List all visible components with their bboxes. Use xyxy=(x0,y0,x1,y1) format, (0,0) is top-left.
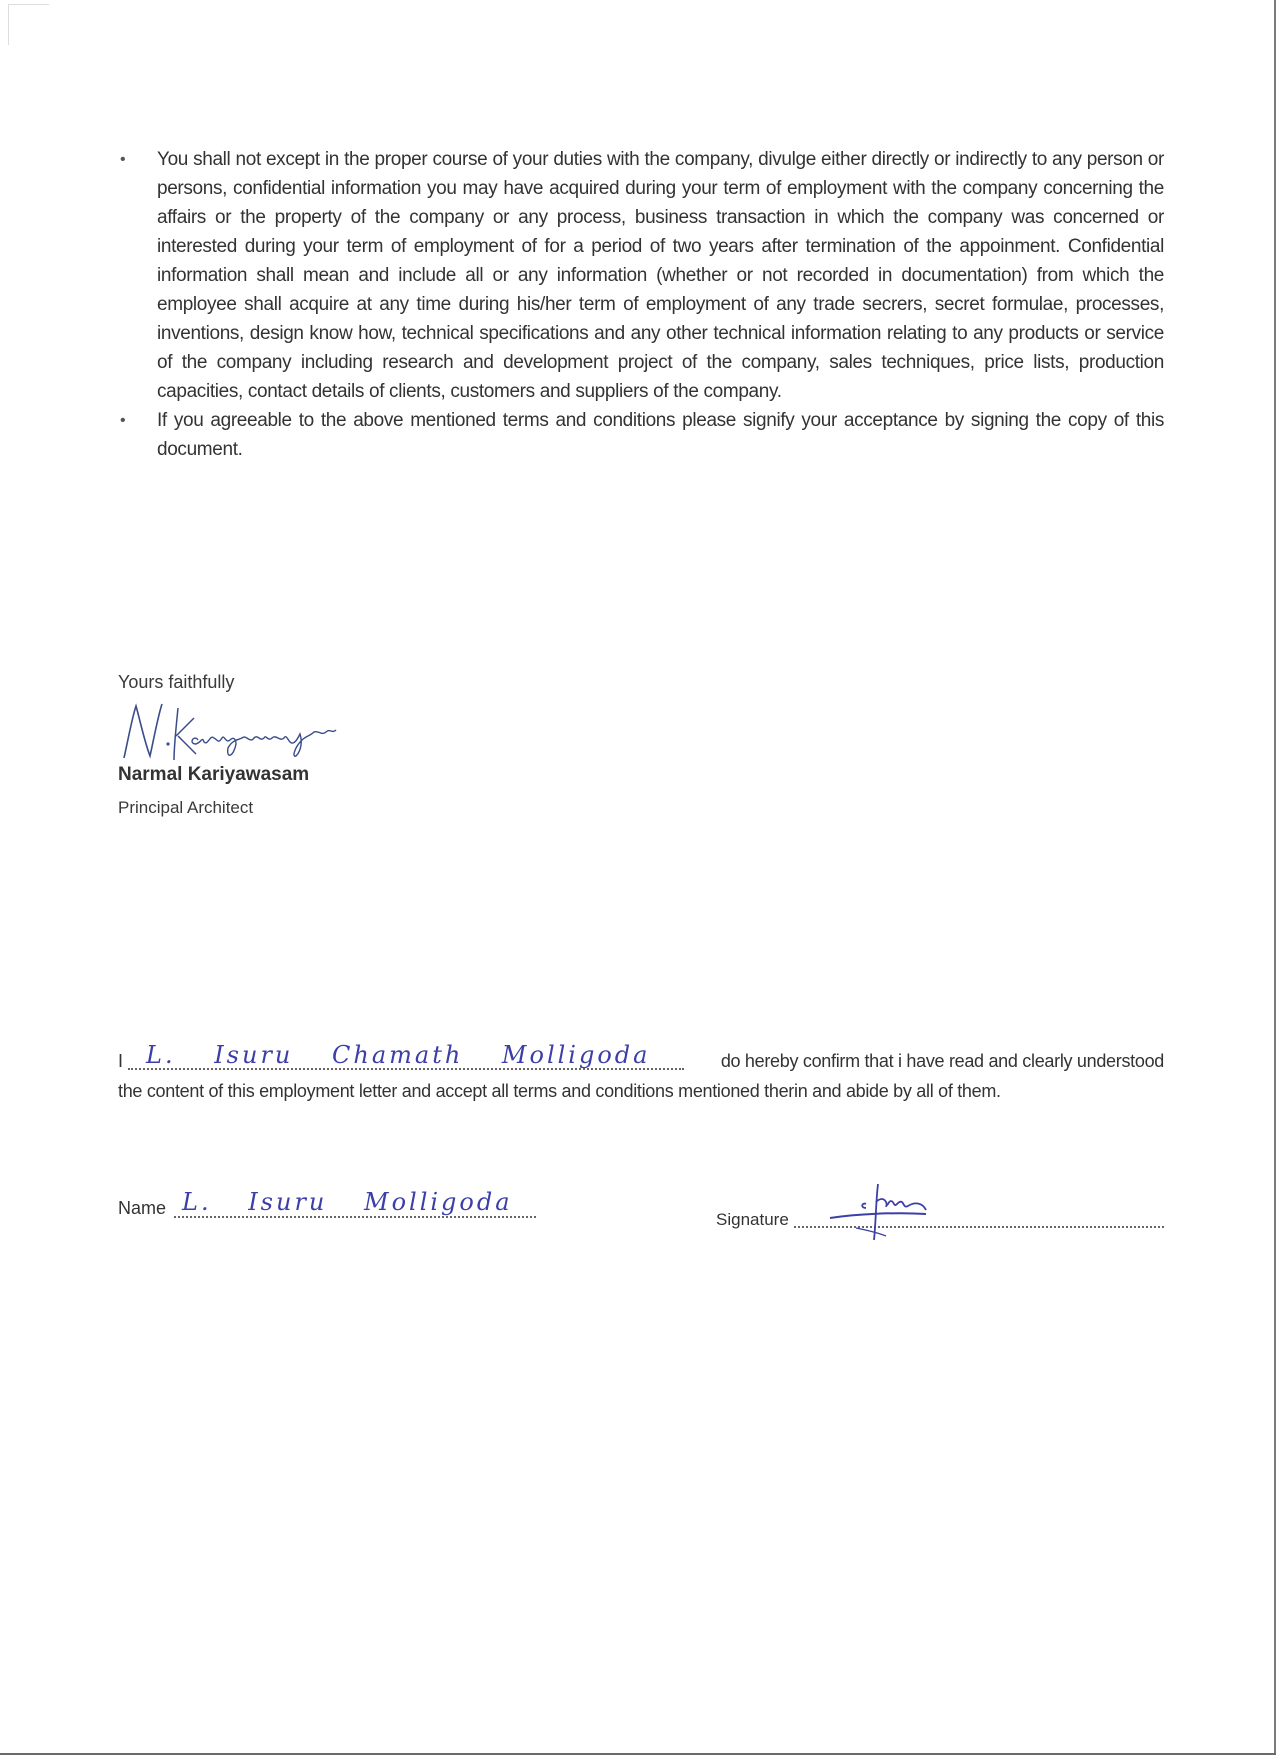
confirmation-statement: I L. Isuru Chamath Molligoda do hereby c… xyxy=(118,1046,1164,1106)
confirmation-line-2: the content of this employment letter an… xyxy=(118,1076,1164,1106)
bullet-icon: • xyxy=(120,145,125,174)
terms-item-confidentiality: • You shall not except in the proper cou… xyxy=(120,145,1164,406)
bullet-icon: • xyxy=(120,406,125,435)
confirmation-prefix: I xyxy=(118,1046,123,1076)
author-title: Principal Architect xyxy=(118,798,253,818)
name-line[interactable] xyxy=(174,1216,536,1218)
terms-text: If you agreeable to the above mentioned … xyxy=(157,410,1164,460)
author-name: Narmal Kariyawasam xyxy=(118,764,309,786)
handwritten-name: L. Isuru Molligoda xyxy=(182,1188,513,1216)
signature-label: Signature xyxy=(716,1210,789,1230)
employee-signature xyxy=(826,1180,936,1250)
closing-salutation: Yours faithfully xyxy=(118,672,234,693)
author-signature xyxy=(118,700,418,762)
scan-artifact xyxy=(8,4,49,45)
confirmation-suffix: do hereby confirm that i have read and c… xyxy=(721,1046,1164,1076)
terms-list: • You shall not except in the proper cou… xyxy=(120,145,1164,464)
name-label: Name xyxy=(118,1198,166,1219)
terms-text: You shall not except in the proper cours… xyxy=(157,149,1164,402)
terms-item-acceptance: • If you agreeable to the above mentione… xyxy=(120,406,1164,464)
handwritten-full-name: L. Isuru Chamath Molligoda xyxy=(146,1040,650,1070)
